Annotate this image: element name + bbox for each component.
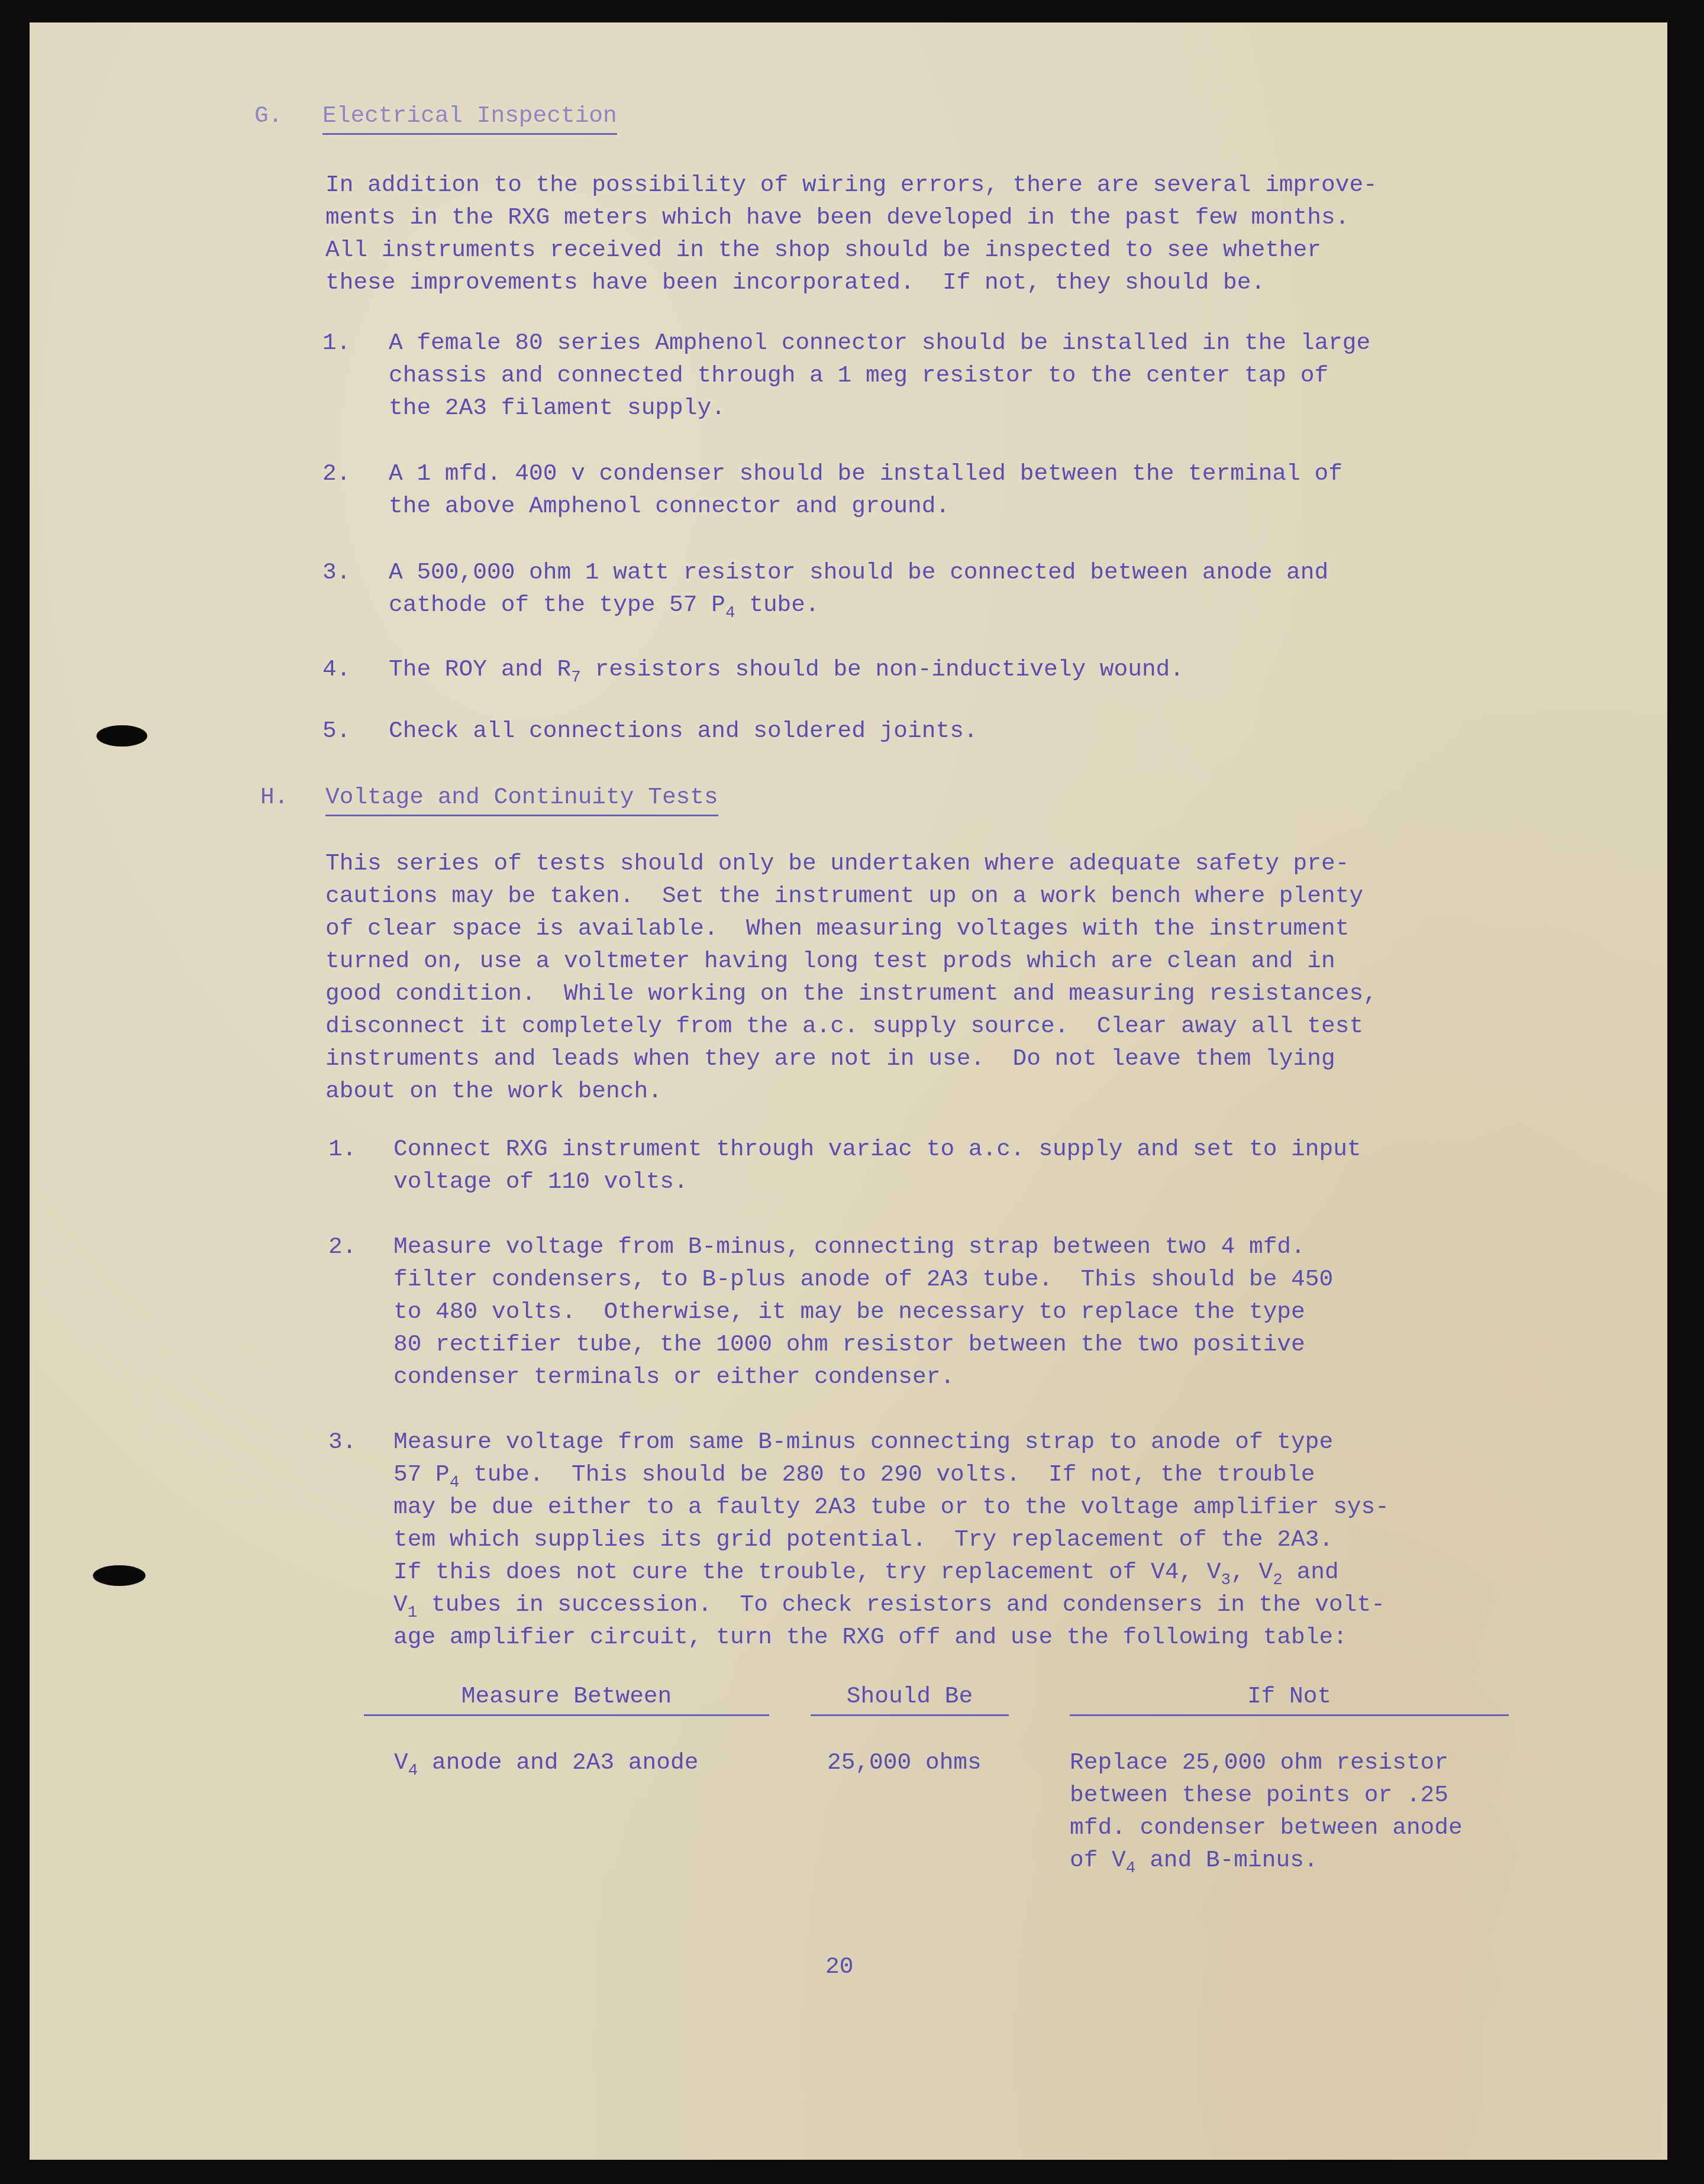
text-line: cautions may be taken. Set the instrumen… xyxy=(325,880,1377,912)
text-line: these improvements have been incorporate… xyxy=(325,266,1377,299)
text-line: cathode of the type 57 P4 tube. xyxy=(389,589,1328,621)
text-line: V1 tubes in succession. To check resisto… xyxy=(393,1588,1389,1621)
punch-hole-lower xyxy=(93,1565,146,1586)
text-line: the 2A3 filament supply. xyxy=(389,392,1370,424)
text-line: 80 rectifier tube, the 1000 ohm resistor… xyxy=(393,1328,1333,1361)
text-line: If this does not cure the trouble, try r… xyxy=(393,1556,1389,1588)
punch-hole-upper xyxy=(96,725,147,747)
text-line: to 480 volts. Otherwise, it may be neces… xyxy=(393,1295,1333,1328)
text-line: mfd. condenser between anode xyxy=(1070,1811,1463,1844)
list-item: The ROY and R7 resistors should be non-i… xyxy=(389,653,1184,686)
text-line: between these points or .25 xyxy=(1070,1779,1463,1811)
list-item: Connect RXG instrument through variac to… xyxy=(393,1133,1361,1198)
text-line: V4 anode and 2A3 anode xyxy=(394,1746,698,1779)
page-number: 20 xyxy=(825,1950,853,1983)
text-line: ments in the RXG meters which have been … xyxy=(325,201,1377,234)
list-item: A 1 mfd. 400 v condenser should be insta… xyxy=(389,457,1342,522)
list-number: 2. xyxy=(322,457,350,490)
list-item: A 500,000 ohm 1 watt resistor should be … xyxy=(389,556,1328,621)
section-g-intro: In addition to the possibility of wiring… xyxy=(325,169,1377,299)
list-item: Check all connections and soldered joint… xyxy=(389,715,978,747)
text-line: instruments and leads when they are not … xyxy=(325,1042,1377,1075)
section-h-title: Voltage and Continuity Tests xyxy=(325,781,718,816)
text-line: of V4 and B-minus. xyxy=(1070,1844,1463,1876)
text-line: Measure voltage from B-minus, connecting… xyxy=(393,1230,1333,1263)
list-item: Measure voltage from same B-minus connec… xyxy=(393,1426,1389,1653)
table-header-measure-between: Measure Between xyxy=(364,1680,769,1713)
text-line: the above Amphenol connector and ground. xyxy=(389,490,1342,522)
text-line: condenser terminals or either condenser. xyxy=(393,1361,1333,1393)
list-number: 5. xyxy=(322,715,350,747)
text-line: 57 P4 tube. This should be 280 to 290 vo… xyxy=(393,1458,1389,1491)
text-line: filter condensers, to B-plus anode of 2A… xyxy=(393,1263,1333,1295)
table-cell-measure-between: V4 anode and 2A3 anode xyxy=(394,1746,698,1779)
list-number: 1. xyxy=(322,327,350,359)
text-line: Connect RXG instrument through variac to… xyxy=(393,1133,1361,1165)
table-header-rule xyxy=(1070,1714,1509,1716)
section-h-intro: This series of tests should only be unde… xyxy=(325,847,1377,1107)
table-header-if-not: If Not xyxy=(1070,1680,1509,1713)
table-cell-should-be: 25,000 ohms xyxy=(827,1746,982,1779)
section-g-title: Electrical Inspection xyxy=(322,99,617,135)
text-line: voltage of 110 volts. xyxy=(393,1165,1361,1198)
text-line: of clear space is available. When measur… xyxy=(325,912,1377,945)
text-line: 25,000 ohms xyxy=(827,1746,982,1779)
table-header-rule xyxy=(811,1714,1009,1716)
text-line: Measure voltage from same B-minus connec… xyxy=(393,1426,1389,1458)
list-number: 3. xyxy=(322,556,350,589)
text-line: age amplifier circuit, turn the RXG off … xyxy=(393,1621,1389,1653)
text-line: good condition. While working on the ins… xyxy=(325,977,1377,1010)
table-header-rule xyxy=(364,1714,769,1716)
table-header-should-be: Should Be xyxy=(811,1680,1009,1713)
text-line: may be due either to a faulty 2A3 tube o… xyxy=(393,1491,1389,1523)
text-line: The ROY and R7 resistors should be non-i… xyxy=(389,653,1184,686)
text-line: Check all connections and soldered joint… xyxy=(389,715,978,747)
text-line: tem which supplies its grid potential. T… xyxy=(393,1523,1389,1556)
text-line: Replace 25,000 ohm resistor xyxy=(1070,1746,1463,1779)
text-line: turned on, use a voltmeter having long t… xyxy=(325,945,1377,977)
section-h-label: H. xyxy=(260,781,288,813)
text-line: A female 80 series Amphenol connector sh… xyxy=(389,327,1370,359)
list-number: 1. xyxy=(328,1133,356,1165)
text-line: All instruments received in the shop sho… xyxy=(325,234,1377,266)
text-line: chassis and connected through a 1 meg re… xyxy=(389,359,1370,392)
text-line: disconnect it completely from the a.c. s… xyxy=(325,1010,1377,1042)
text-line: This series of tests should only be unde… xyxy=(325,847,1377,880)
text-line: In addition to the possibility of wiring… xyxy=(325,169,1377,201)
text-line: A 500,000 ohm 1 watt resistor should be … xyxy=(389,556,1328,589)
list-number: 3. xyxy=(328,1426,356,1458)
section-g-label: G. xyxy=(254,99,282,132)
text-line: about on the work bench. xyxy=(325,1075,1377,1107)
table-cell-if-not: Replace 25,000 ohm resistor between thes… xyxy=(1070,1746,1463,1876)
list-number: 4. xyxy=(322,653,350,686)
text-line: A 1 mfd. 400 v condenser should be insta… xyxy=(389,457,1342,490)
list-item: A female 80 series Amphenol connector sh… xyxy=(389,327,1370,424)
list-item: Measure voltage from B-minus, connecting… xyxy=(393,1230,1333,1393)
list-number: 2. xyxy=(328,1230,356,1263)
